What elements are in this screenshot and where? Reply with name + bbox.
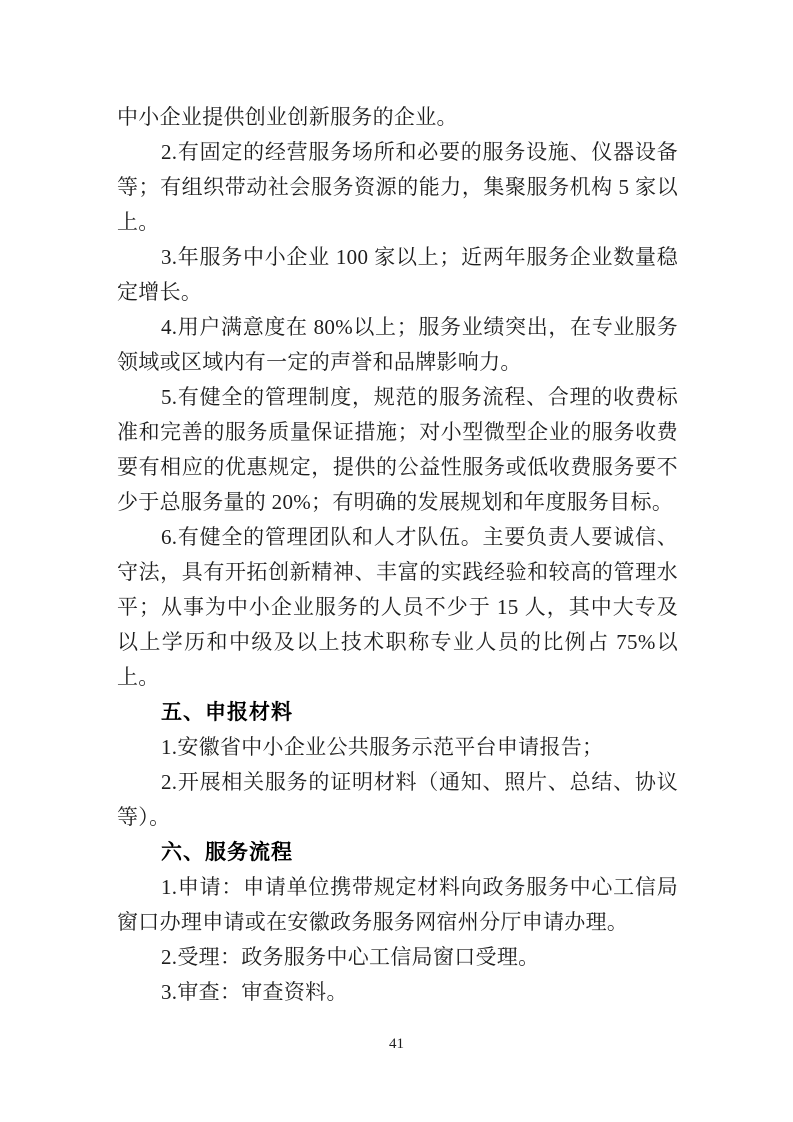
body-line: 守法，具有开拓创新精神、丰富的实践经验和较高的管理水 [117, 555, 678, 590]
body-line: 要有相应的优惠规定，提供的公益性服务或低收费服务要不 [117, 450, 678, 485]
body-line: 上。 [117, 205, 678, 240]
body-line: 2.开展相关服务的证明材料（通知、照片、总结、协议 [117, 765, 678, 800]
body-line: 6.有健全的管理团队和人才队伍。主要负责人要诚信、 [117, 520, 678, 555]
section-heading-service-process: 六、服务流程 [117, 835, 678, 870]
body-line: 3.年服务中小企业 100 家以上；近两年服务企业数量稳 [117, 240, 678, 275]
body-line: 平；从事为中小企业服务的人员不少于 15 人，其中大专及 [117, 590, 678, 625]
page-number: 41 [0, 1036, 793, 1053]
body-line: 5.有健全的管理制度，规范的服务流程、合理的收费标 [117, 380, 678, 415]
body-line: 领域或区域内有一定的声誉和品牌影响力。 [117, 345, 678, 380]
body-line: 3.审查：审查资料。 [117, 975, 678, 1010]
body-line: 上。 [117, 660, 678, 695]
document-page: 中小企业提供创业创新服务的企业。 2.有固定的经营服务场所和必要的服务设施、仪器… [0, 0, 793, 1122]
body-line: 4.用户满意度在 80%以上；服务业绩突出，在专业服务 [117, 310, 678, 345]
body-line: 2.有固定的经营服务场所和必要的服务设施、仪器设备 [117, 135, 678, 170]
section-heading-application-materials: 五、申报材料 [117, 695, 678, 730]
body-line: 以上学历和中级及以上技术职称专业人员的比例占 75%以 [117, 625, 678, 660]
body-line: 等）。 [117, 800, 678, 835]
body-line: 准和完善的服务质量保证措施；对小型微型企业的服务收费 [117, 415, 678, 450]
document-text-block: 中小企业提供创业创新服务的企业。 2.有固定的经营服务场所和必要的服务设施、仪器… [117, 100, 678, 1010]
body-line: 1.申请：申请单位携带规定材料向政务服务中心工信局 [117, 870, 678, 905]
body-line: 等；有组织带动社会服务资源的能力，集聚服务机构 5 家以 [117, 170, 678, 205]
body-line: 定增长。 [117, 275, 678, 310]
body-line: 少于总服务量的 20%；有明确的发展规划和年度服务目标。 [117, 485, 678, 520]
body-line: 1.安徽省中小企业公共服务示范平台申请报告； [117, 730, 678, 765]
body-line: 窗口办理申请或在安徽政务服务网宿州分厅申请办理。 [117, 905, 678, 940]
body-line: 2.受理：政务服务中心工信局窗口受理。 [117, 940, 678, 975]
body-line: 中小企业提供创业创新服务的企业。 [117, 100, 678, 135]
